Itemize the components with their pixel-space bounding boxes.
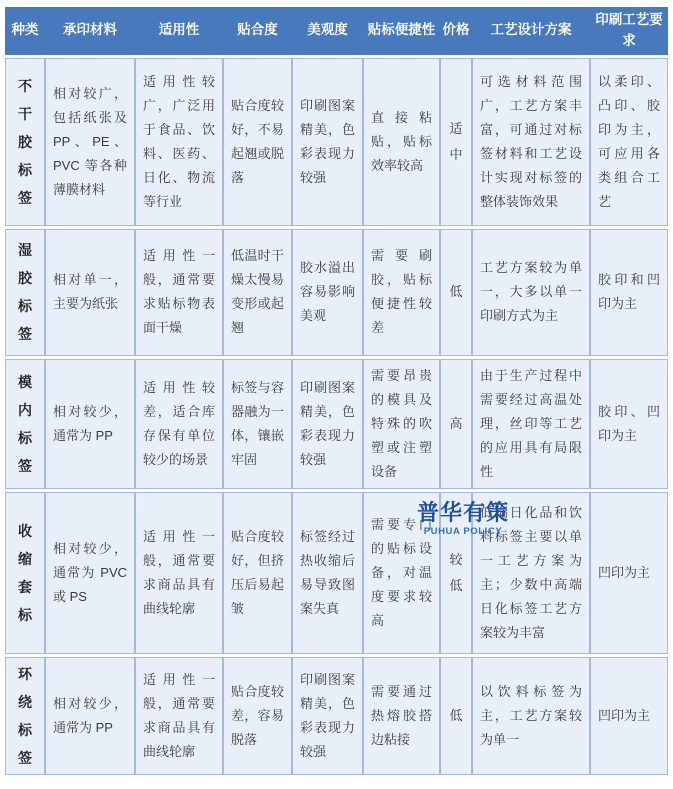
cell-design: 以饮料标签为主，工艺方案较为单一 bbox=[472, 657, 590, 775]
table-row-in-mold: 模内标签 相对较少，通常为 PP 适用性较差，适合库存保有单位较少的场景 标签与… bbox=[5, 359, 668, 489]
cell-design: 可选材料范围广，工艺方案丰富，可通过对标签材料和工艺设计实现对标签的整体装饰效果 bbox=[472, 58, 590, 226]
header-fit: 贴合度 bbox=[223, 7, 292, 55]
cell-applicability: 适用性较广，广泛用于食品、饮料、医药、日化、物流等行业 bbox=[135, 58, 223, 226]
cell-applicability: 适用性较差，适合库存保有单位较少的场景 bbox=[135, 359, 223, 489]
cell-type: 收缩套标 bbox=[5, 492, 45, 654]
cell-applicability: 适用性一般，通常要求商品具有曲线轮廓 bbox=[135, 657, 223, 775]
cell-aesthetics: 胶水溢出容易影响美观 bbox=[292, 229, 363, 356]
cell-aesthetics: 印刷图案精美，色彩表现力较强 bbox=[292, 657, 363, 775]
cell-fit: 贴合度较差，容易脱落 bbox=[223, 657, 292, 775]
label-comparison-table: 种类 承印材料 适用性 贴合度 美观度 贴标便捷性 价格 工艺设计方案 印刷工艺… bbox=[5, 4, 668, 778]
cell-fit: 贴合度较好，但挤压后易起皱 bbox=[223, 492, 292, 654]
cell-material: 相对单一，主要为纸张 bbox=[45, 229, 135, 356]
cell-price: 低 bbox=[440, 657, 472, 775]
cell-aesthetics: 印刷图案精美，色彩表现力较强 bbox=[292, 359, 363, 489]
cell-material: 相对较广，包括纸张及 PP、PE、PVC 等各种薄膜材料 bbox=[45, 58, 135, 226]
header-type: 种类 bbox=[5, 7, 45, 55]
header-aesthetics: 美观度 bbox=[292, 7, 363, 55]
table-row-pressure-sensitive: 不干胶标签 相对较广，包括纸张及 PP、PE、PVC 等各种薄膜材料 适用性较广… bbox=[5, 58, 668, 226]
header-design: 工艺设计方案 bbox=[472, 7, 590, 55]
cell-fit: 低温时干燥太慢易变形或起翘 bbox=[223, 229, 292, 356]
cell-applicability: 适用性一般，通常要求商品具有曲线轮廓 bbox=[135, 492, 223, 654]
cell-convenience: 需要专门的贴标设备，对温度要求较高 bbox=[363, 492, 440, 654]
label-comparison-table-wrapper: 种类 承印材料 适用性 贴合度 美观度 贴标便捷性 价格 工艺设计方案 印刷工艺… bbox=[0, 0, 673, 778]
cell-price: 高 bbox=[440, 359, 472, 489]
cell-convenience: 直接粘贴，贴标效率较高 bbox=[363, 58, 440, 226]
cell-design: 工艺方案较为单一，大多以单一印刷方式为主 bbox=[472, 229, 590, 356]
cell-aesthetics: 标签经过热收缩后易导致图案失真 bbox=[292, 492, 363, 654]
cell-applicability: 适用性一般，通常要求贴标物表面干燥 bbox=[135, 229, 223, 356]
header-convenience: 贴标便捷性 bbox=[363, 7, 440, 55]
header-printing: 印刷工艺要求 bbox=[590, 7, 668, 55]
cell-printing: 胶印和凹印为主 bbox=[590, 229, 668, 356]
table-row-shrink-sleeve: 收缩套标 相对较少，通常为 PVC 或 PS 适用性一般，通常要求商品具有曲线轮… bbox=[5, 492, 668, 654]
table-row-wraparound: 环绕标签 相对较少，通常为 PP 适用性一般，通常要求商品具有曲线轮廓 贴合度较… bbox=[5, 657, 668, 775]
header-applicability: 适用性 bbox=[135, 7, 223, 55]
cell-aesthetics: 印刷图案精美，色彩表现力较强 bbox=[292, 58, 363, 226]
cell-design: 低端日化品和饮料标签主要以单一工艺方案为主；少数中高端日化标签工艺方案较为丰富 bbox=[472, 492, 590, 654]
cell-printing: 胶印、凹印为主 bbox=[590, 359, 668, 489]
cell-price: 低 bbox=[440, 229, 472, 356]
cell-type: 湿胶标签 bbox=[5, 229, 45, 356]
table-row-wet-glue: 湿胶标签 相对单一，主要为纸张 适用性一般，通常要求贴标物表面干燥 低温时干燥太… bbox=[5, 229, 668, 356]
cell-convenience: 需要通过热熔胶搭边粘接 bbox=[363, 657, 440, 775]
cell-convenience: 需要昂贵的模具及特殊的吹塑或注塑设备 bbox=[363, 359, 440, 489]
cell-design: 由于生产过程中需要经过高温处理，丝印等工艺的应用具有局限性 bbox=[472, 359, 590, 489]
cell-convenience: 需要刷胶，贴标便捷性较差 bbox=[363, 229, 440, 356]
cell-type: 环绕标签 bbox=[5, 657, 45, 775]
cell-material: 相对较少，通常为 PVC 或 PS bbox=[45, 492, 135, 654]
cell-printing: 以柔印、凸印、胶印为主，可应用各类组合工艺 bbox=[590, 58, 668, 226]
cell-material: 相对较少，通常为 PP bbox=[45, 359, 135, 489]
cell-price: 较低 bbox=[440, 492, 472, 654]
cell-price: 适中 bbox=[440, 58, 472, 226]
header-material: 承印材料 bbox=[45, 7, 135, 55]
header-row: 种类 承印材料 适用性 贴合度 美观度 贴标便捷性 价格 工艺设计方案 印刷工艺… bbox=[5, 7, 668, 55]
cell-material: 相对较少，通常为 PP bbox=[45, 657, 135, 775]
cell-printing: 凹印为主 bbox=[590, 492, 668, 654]
header-price: 价格 bbox=[440, 7, 472, 55]
cell-fit: 贴合度较好，不易起翘或脱落 bbox=[223, 58, 292, 226]
cell-printing: 凹印为主 bbox=[590, 657, 668, 775]
cell-type: 模内标签 bbox=[5, 359, 45, 489]
cell-fit: 标签与容器融为一体，镶嵌牢固 bbox=[223, 359, 292, 489]
cell-type: 不干胶标签 bbox=[5, 58, 45, 226]
